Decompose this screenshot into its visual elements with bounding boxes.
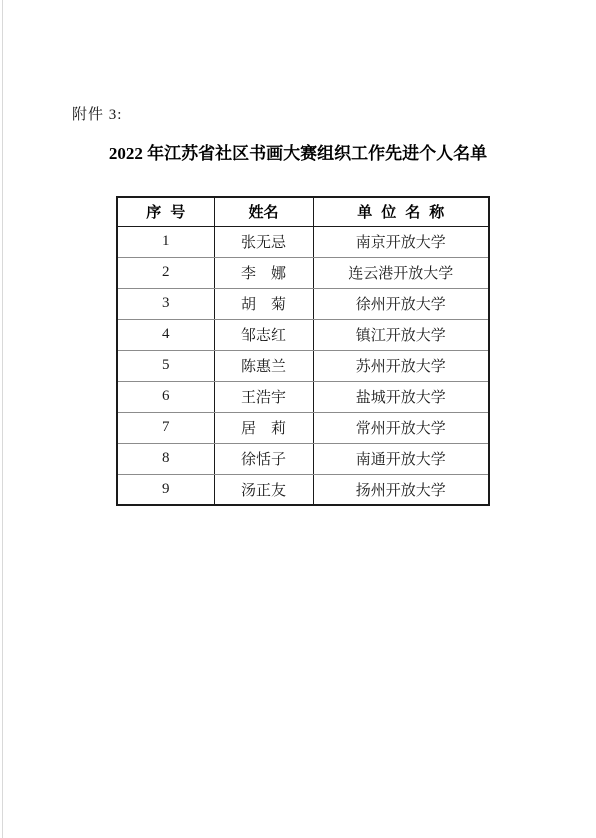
cell-name: 徐恬子 <box>214 443 313 474</box>
cell-unit: 南通开放大学 <box>313 443 489 474</box>
cell-number: 9 <box>117 474 214 505</box>
table-row: 8 徐恬子 南通开放大学 <box>117 443 489 474</box>
cell-name: 胡 菊 <box>214 288 313 319</box>
cell-name: 陈惠兰 <box>214 350 313 381</box>
cell-unit: 扬州开放大学 <box>313 474 489 505</box>
table-row: 1 张无忌 南京开放大学 <box>117 226 489 257</box>
cell-number: 7 <box>117 412 214 443</box>
table-row: 7 居 莉 常州开放大学 <box>117 412 489 443</box>
cell-name: 邹志红 <box>214 319 313 350</box>
cell-unit: 连云港开放大学 <box>313 257 489 288</box>
document-page: 附件 3: 2022 年江苏省社区书画大赛组织工作先进个人名单 序 号 姓名 单… <box>0 0 596 838</box>
table-row: 5 陈惠兰 苏州开放大学 <box>117 350 489 381</box>
cell-name: 王浩宇 <box>214 381 313 412</box>
table-row: 6 王浩宇 盐城开放大学 <box>117 381 489 412</box>
cell-number: 3 <box>117 288 214 319</box>
cell-name: 居 莉 <box>214 412 313 443</box>
cell-name: 张无忌 <box>214 226 313 257</box>
col-header-name: 姓名 <box>214 197 313 226</box>
table-row: 9 汤正友 扬州开放大学 <box>117 474 489 505</box>
cell-number: 5 <box>117 350 214 381</box>
document-title: 2022 年江苏省社区书画大赛组织工作先进个人名单 <box>0 139 596 164</box>
cell-unit: 南京开放大学 <box>313 226 489 257</box>
cell-unit: 盐城开放大学 <box>313 381 489 412</box>
cell-unit: 徐州开放大学 <box>313 288 489 319</box>
table-row: 4 邹志红 镇江开放大学 <box>117 319 489 350</box>
cell-unit: 镇江开放大学 <box>313 319 489 350</box>
col-header-unit: 单 位 名 称 <box>313 197 489 226</box>
table-row: 2 李 娜 连云港开放大学 <box>117 257 489 288</box>
cell-unit: 苏州开放大学 <box>313 350 489 381</box>
cell-number: 4 <box>117 319 214 350</box>
cell-name: 李 娜 <box>214 257 313 288</box>
cell-number: 1 <box>117 226 214 257</box>
col-header-number: 序 号 <box>117 197 214 226</box>
awardees-table: 序 号 姓名 单 位 名 称 1 张无忌 南京开放大学 2 李 娜 连云港开放大… <box>116 196 490 506</box>
cell-number: 2 <box>117 257 214 288</box>
cell-number: 6 <box>117 381 214 412</box>
attachment-label: 附件 3: <box>72 103 122 124</box>
cell-name: 汤正友 <box>214 474 313 505</box>
cell-number: 8 <box>117 443 214 474</box>
table-row: 3 胡 菊 徐州开放大学 <box>117 288 489 319</box>
cell-unit: 常州开放大学 <box>313 412 489 443</box>
table-header-row: 序 号 姓名 单 位 名 称 <box>117 197 489 226</box>
page-edge-line <box>2 0 3 838</box>
